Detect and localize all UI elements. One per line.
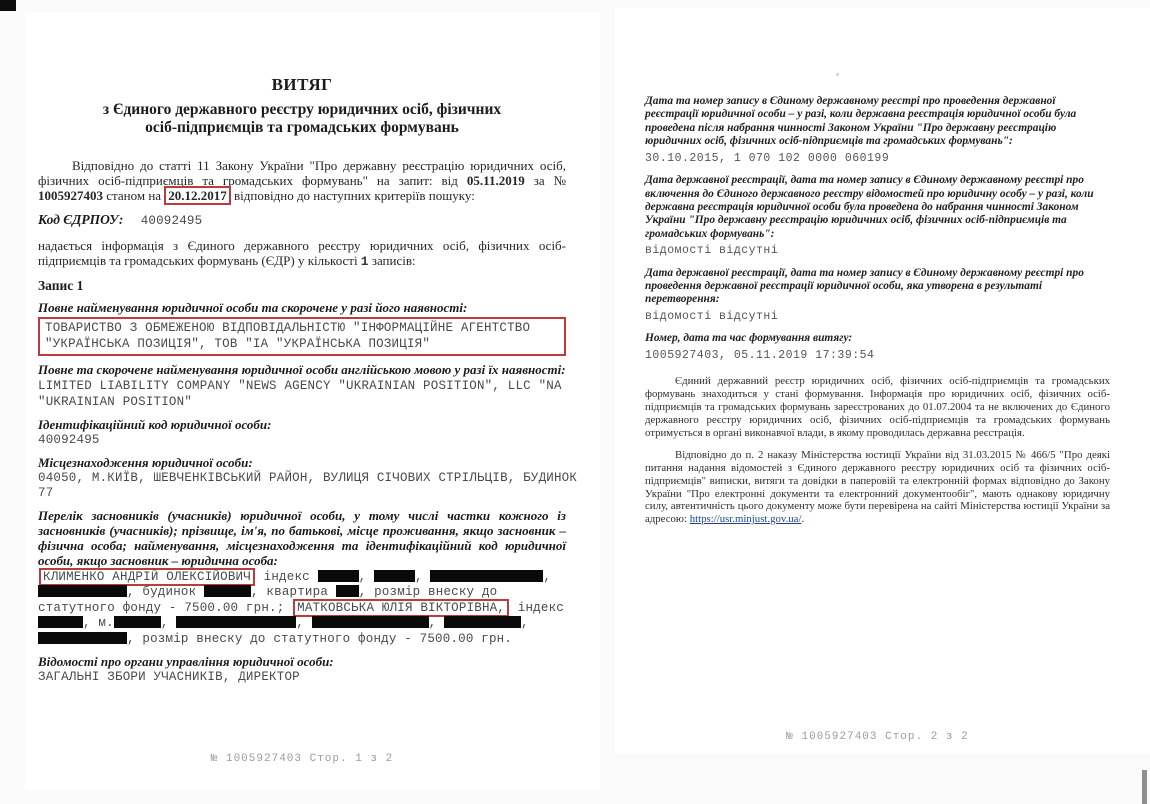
founders-text: , bbox=[296, 616, 311, 630]
redaction-bar bbox=[176, 616, 296, 628]
founders-text: , розмір внеску до bbox=[359, 585, 498, 599]
extract-number-section: Номер, дата та час формування витягу: 10… bbox=[645, 332, 1110, 362]
founder-name-highlight: МАТКОВСЬКА ЮЛІЯ ВІКТОРІВНА, bbox=[293, 599, 509, 617]
id-code-value: 40092495 bbox=[38, 433, 566, 449]
full-name-label: Повне найменування юридичної особи та ск… bbox=[38, 300, 566, 315]
scan-corner-mark bbox=[0, 0, 16, 11]
address-label: Місцезнаходження юридичної особи: bbox=[38, 455, 566, 470]
intro-text-4: відповідно до наступних критеріїв пошуку… bbox=[231, 188, 475, 203]
founders-text: , bbox=[543, 570, 551, 584]
field-value: 30.10.2015, 1 070 102 0000 060199 bbox=[645, 152, 1110, 166]
redaction-bar bbox=[336, 585, 359, 597]
field-value: відомості відсутні bbox=[645, 310, 1110, 324]
id-code-label: Ідентифікаційний код юридичної особи: bbox=[38, 417, 566, 432]
edrpou-value: 40092495 bbox=[141, 214, 203, 228]
registry-status-paragraph: Єдиний державний реєстр юридичних осіб, … bbox=[645, 375, 1110, 440]
edrpou-label: Код ЄДРПОУ: bbox=[38, 212, 123, 227]
address-line-1: 04050, М.КИЇВ, ШЕВЧЕНКІВСЬКИЙ РАЙОН, ВУЛ… bbox=[38, 471, 566, 487]
document-title: ВИТЯГ bbox=[38, 75, 566, 95]
legal-notice-paragraph: Відповідно до п. 2 наказу Міністерства ю… bbox=[645, 449, 1110, 526]
document-viewer: { "page1": { "title": "ВИТЯГ", "subtitle… bbox=[0, 0, 1150, 804]
english-name-label: Повне та скорочене найменування юридично… bbox=[38, 362, 566, 377]
request-number: 1005927403 bbox=[38, 188, 103, 203]
edrpou-row: Код ЄДРПОУ: 40092495 bbox=[38, 212, 566, 230]
as-of-date-highlight: 20.12.2017 bbox=[164, 186, 231, 205]
founders-text: , розмір внеску до статутного фонду - 75… bbox=[127, 632, 512, 646]
page-2-footer: № 1005927403 Стор. 2 з 2 bbox=[645, 731, 1110, 743]
founders-value: КЛИМЕНКО АНДРІЙ ОЛЕКСІЙОВИЧ індекс , , ,… bbox=[38, 570, 566, 648]
redaction-bar bbox=[318, 570, 359, 582]
founders-text: , bbox=[429, 616, 444, 630]
founders-text: індекс bbox=[256, 570, 318, 584]
field-label: Дата державної реєстрації, дата та номер… bbox=[645, 174, 1110, 241]
redaction-bar bbox=[430, 570, 543, 582]
founders-line: КЛИМЕНКО АНДРІЙ ОЛЕКСІЙОВИЧ індекс , , , bbox=[38, 570, 566, 586]
intro-text-2: за № bbox=[525, 173, 566, 188]
founders-text: , м. bbox=[83, 616, 114, 630]
management-label: Відомості про органи управління юридично… bbox=[38, 654, 566, 669]
founders-text: , bbox=[161, 616, 176, 630]
founders-text: , будинок bbox=[127, 585, 204, 599]
minjust-link[interactable]: https://usr.minjust.gov.ua/ bbox=[690, 513, 802, 525]
address-value: 04050, М.КИЇВ, ШЕВЧЕНКІВСЬКИЙ РАЙОН, ВУЛ… bbox=[38, 471, 566, 502]
full-name-highlight-box: ТОВАРИСТВО З ОБМЕЖЕНОЮ ВІДПОВІДАЛЬНІСТЮ … bbox=[38, 317, 566, 356]
full-name-line-1: ТОВАРИСТВО З ОБМЕЖЕНОЮ ВІДПОВІДАЛЬНІСТЮ … bbox=[45, 321, 559, 337]
redaction-bar bbox=[374, 570, 415, 582]
info-text-1: надається інформація з Єдиного державног… bbox=[38, 238, 566, 268]
founder-name-highlight: КЛИМЕНКО АНДРІЙ ОЛЕКСІЙОВИЧ bbox=[39, 568, 255, 586]
founders-text: , квартира bbox=[251, 585, 336, 599]
founders-line: , м., , , , bbox=[38, 616, 566, 632]
inclusion-record-section: Дата державної реєстрації, дата та номер… bbox=[645, 174, 1110, 258]
redaction-bar bbox=[38, 632, 127, 644]
redaction-bar bbox=[38, 616, 83, 628]
subtitle-line-2: осіб-підприємців та громадських формуван… bbox=[38, 119, 566, 137]
redaction-bar bbox=[38, 585, 127, 597]
records-count: 1 bbox=[361, 255, 369, 269]
record-heading: Запис 1 bbox=[38, 278, 566, 294]
vertical-scrollbar-thumb[interactable] bbox=[1142, 770, 1147, 804]
english-name-value: LIMITED LIABILITY COMPANY "NEWS AGENCY "… bbox=[38, 379, 566, 410]
founders-text: , bbox=[521, 616, 529, 630]
intro-paragraph: Відповідно до статті 11 Закону України "… bbox=[38, 158, 566, 203]
redaction-bar bbox=[444, 616, 521, 628]
intro-text-3: станом на bbox=[103, 188, 164, 203]
transformation-record-section: Дата державної реєстрації, дата та номер… bbox=[645, 267, 1110, 324]
address-line-2: 77 bbox=[38, 486, 566, 502]
document-subtitle: з Єдиного державного реєстру юридичних о… bbox=[38, 101, 566, 136]
redaction-bar bbox=[312, 616, 429, 628]
founders-text: , bbox=[359, 570, 374, 584]
founders-label: Перелік засновників (учасників) юридично… bbox=[38, 508, 566, 568]
info-paragraph: надається інформація з Єдиного державног… bbox=[38, 238, 566, 271]
founders-text: статутного фонду - 7500.00 грн.; bbox=[38, 601, 292, 615]
document-page-1: ВИТЯГ з Єдиного державного реєстру юриди… bbox=[38, 75, 566, 686]
page-1-footer: № 1005927403 Стор. 1 з 2 bbox=[38, 753, 566, 765]
subtitle-line-1: з Єдиного державного реєстру юридичних о… bbox=[38, 101, 566, 119]
management-value: ЗАГАЛЬНІ ЗБОРИ УЧАСНИКІВ, ДИРЕКТОР bbox=[38, 670, 566, 686]
info-text-2: записів: bbox=[369, 253, 416, 268]
english-name-line-2: "UKRAINIAN POSITION" bbox=[38, 395, 566, 411]
founders-text: , bbox=[415, 570, 430, 584]
founders-text: індекс bbox=[510, 601, 564, 615]
founders-line: , розмір внеску до статутного фонду - 75… bbox=[38, 632, 566, 648]
registration-record-section: Дата та номер запису в Єдиному державном… bbox=[645, 95, 1110, 165]
english-name-line-1: LIMITED LIABILITY COMPANY "NEWS AGENCY "… bbox=[38, 379, 566, 395]
founders-line: статутного фонду - 7500.00 грн.; МАТКОВС… bbox=[38, 601, 566, 617]
field-label: Дата та номер запису в Єдиному державном… bbox=[645, 95, 1110, 149]
field-value: 1005927403, 05.11.2019 17:39:54 bbox=[645, 349, 1110, 363]
document-page-2: Дата та номер запису в Єдиному державном… bbox=[645, 95, 1110, 526]
scan-speck bbox=[836, 73, 839, 76]
field-value: відомості відсутні bbox=[645, 244, 1110, 258]
legal-notice-period: . bbox=[801, 513, 804, 525]
field-label: Номер, дата та час формування витягу: bbox=[645, 332, 1110, 345]
redaction-bar bbox=[204, 585, 251, 597]
full-name-line-2: "УКРАЇНСЬКА ПОЗИЦІЯ", ТОВ "ІА "УКРАЇНСЬК… bbox=[45, 337, 559, 353]
field-label: Дата державної реєстрації, дата та номер… bbox=[645, 267, 1110, 307]
redaction-bar bbox=[114, 616, 161, 628]
request-date: 05.11.2019 bbox=[467, 173, 525, 188]
